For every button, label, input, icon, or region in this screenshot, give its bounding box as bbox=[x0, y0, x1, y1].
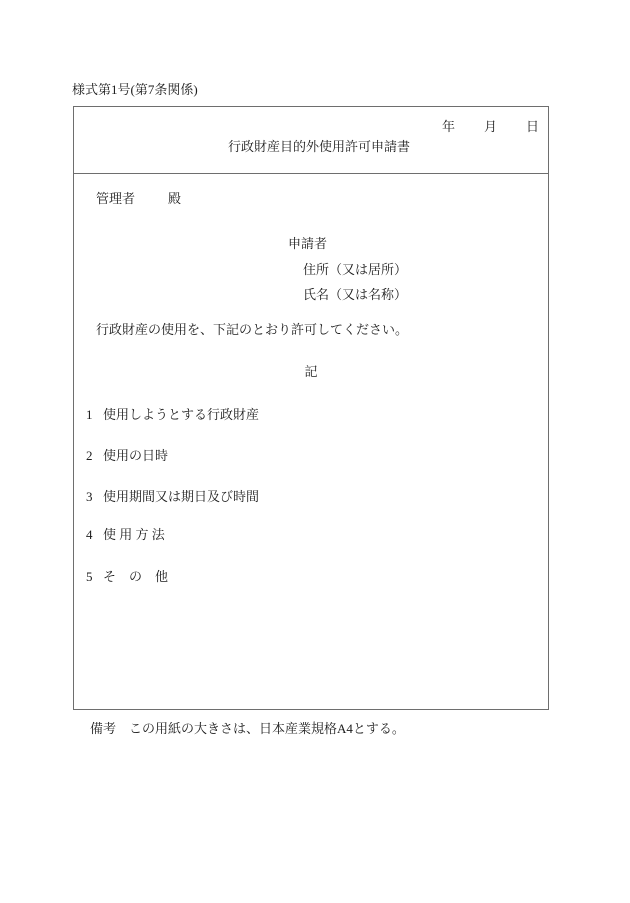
item-2-label: 使用の日時 bbox=[103, 449, 168, 464]
applicant-label: 申請者 bbox=[288, 237, 327, 252]
form-header-section: 年 月 日 行政財産目的外使用許可申請書 bbox=[74, 107, 548, 174]
request-sentence: 行政財産の使用を、下記のとおり許可してください。 bbox=[96, 323, 408, 338]
applicant-address-label: 住所（又は居所） bbox=[303, 263, 407, 278]
item-5-number: 5 bbox=[86, 570, 93, 585]
date-year-label: 年 bbox=[442, 120, 455, 135]
note-label: 備考 bbox=[90, 721, 116, 736]
item-1-number: 1 bbox=[86, 408, 93, 423]
date-day-label: 日 bbox=[526, 120, 539, 135]
item-4-label: 使 用 方 法 bbox=[103, 528, 165, 543]
applicant-name-label: 氏名（又は名称） bbox=[303, 288, 407, 303]
form-title: 行政財産目的外使用許可申請書 bbox=[82, 140, 556, 155]
date-month-label: 月 bbox=[484, 120, 497, 135]
note-line: 備考この用紙の大きさは、日本産業規格A4とする。 bbox=[90, 722, 405, 737]
list-heading: 記 bbox=[74, 365, 548, 380]
item-3-label: 使用期間又は期日及び時間 bbox=[103, 490, 259, 505]
addressee-honorific: 殿 bbox=[168, 192, 181, 207]
item-2-number: 2 bbox=[86, 449, 93, 464]
item-4-number: 4 bbox=[86, 528, 93, 543]
addressee-manager-label: 管理者 bbox=[96, 192, 135, 207]
item-1-label: 使用しようとする行政財産 bbox=[103, 408, 259, 423]
document-page: 様式第1号(第7条関係) 年 月 日 行政財産目的外使用許可申請書 管理者 殿 … bbox=[0, 0, 630, 903]
item-3-number: 3 bbox=[86, 490, 93, 505]
form-border-box: 年 月 日 行政財産目的外使用許可申請書 管理者 殿 申請者 住所（又は居所） … bbox=[73, 106, 549, 710]
item-5-label: そ の 他 bbox=[103, 570, 168, 585]
form-number-label: 様式第1号(第7条関係) bbox=[72, 83, 198, 98]
note-text: この用紙の大きさは、日本産業規格A4とする。 bbox=[129, 721, 405, 736]
